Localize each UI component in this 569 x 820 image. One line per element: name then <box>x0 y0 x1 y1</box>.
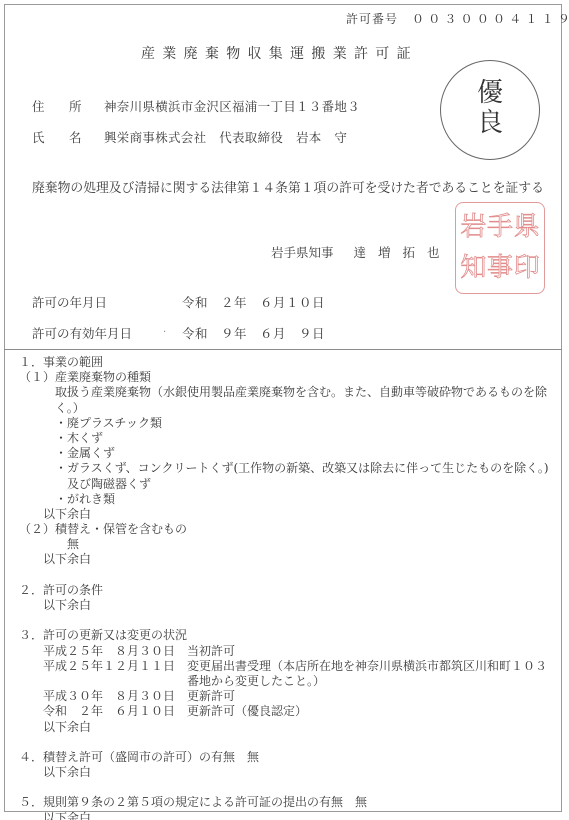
detail-line: ２．許可の条件 <box>19 583 549 598</box>
stray-dot: · <box>163 327 166 338</box>
name-label: 氏 名 <box>32 128 88 146</box>
detail-line: 以下余白 <box>19 598 549 613</box>
detail-line: （１）産業廃棄物の種類 <box>19 370 549 385</box>
detail-line: ・廃プラスチック類 <box>19 416 549 431</box>
stamp-char: 県 <box>513 207 540 248</box>
certification-statement: 廃棄物の処理及び清掃に関する法律第１４条第１項の許可を受けた者であることを証する <box>32 177 544 196</box>
stamp-char: 印 <box>513 248 540 289</box>
permit-number-label: 許可番号 <box>346 12 398 26</box>
detail-line: ・金属くず <box>19 446 549 461</box>
address-value: 神奈川県横浜市金沢区福浦一丁目１３番地３ <box>104 97 360 115</box>
issuer-title: 岩手県知事 <box>271 245 334 260</box>
detail-line: く。） <box>19 401 549 416</box>
stamp-char: 事 <box>487 248 514 289</box>
detail-line: 以下余白 <box>19 552 549 567</box>
excellence-char-1: 優 <box>441 79 539 107</box>
detail-line <box>19 780 549 795</box>
detail-line <box>19 735 549 750</box>
detail-line: 無 <box>19 537 549 552</box>
valid-until-value: 令和 ９年 ６月 ９日 <box>182 324 325 342</box>
detail-line: ３．許可の更新又は変更の状況 <box>19 628 549 643</box>
detail-line <box>19 568 549 583</box>
permit-details: １．事業の範囲 （１）産業廃棄物の種類 取扱う産業廃棄物（水銀使用製品産業廃棄物… <box>19 355 549 820</box>
detail-line: 及び陶磁器くず <box>19 477 549 492</box>
detail-line <box>19 613 549 628</box>
detail-line: ４．積替え許可（盛岡市の許可）の有無 無 <box>19 750 549 765</box>
excellence-mark: 優 良 <box>440 60 540 160</box>
permit-date-label: 許可の年月日 <box>32 293 107 311</box>
permit-number-value: ００３０００４１１９０ <box>412 12 569 26</box>
stamp-char: 手 <box>487 207 514 248</box>
detail-line: ・がれき類 <box>19 492 549 507</box>
detail-line: 以下余白 <box>19 811 549 820</box>
excellence-char-2: 良 <box>441 109 539 137</box>
detail-line: １．事業の範囲 <box>19 355 549 370</box>
detail-line: 平成２５年１２月１１日 変更届出書受理（本店所在地を神奈川県横浜市都筑区川和町１… <box>19 659 549 674</box>
detail-line: 平成３０年 ８月３０日 更新許可 <box>19 689 549 704</box>
address-label: 住 所 <box>32 97 88 115</box>
detail-line: 令和 ２年 ６月１０日 更新許可（優良認定） <box>19 704 549 719</box>
permit-date-value: 令和 ２年 ６月１０日 <box>182 293 325 311</box>
section-divider <box>4 349 562 350</box>
official-seal-stamp-icon: 県 手 岩 印 事 知 <box>455 202 545 294</box>
detail-line: 平成２５年 ８月３０日 当初許可 <box>19 644 549 659</box>
issuer-name: 達増拓也 <box>354 245 452 260</box>
document-title: 産業廃棄物収集運搬業許可証 <box>141 43 418 63</box>
permit-number: 許可番号００３０００４１１９０ <box>346 10 569 27</box>
detail-line: 取扱う産業廃棄物（水銀使用製品産業廃棄物を含む。また、自動車等破砕物であるものを… <box>19 385 549 400</box>
detail-line: （２）積替え・保管を含むもの <box>19 522 549 537</box>
name-value: 興栄商事株式会社 代表取締役 岩本 守 <box>104 128 347 146</box>
detail-line: 以下余白 <box>19 765 549 780</box>
issuer-line: 岩手県知事達増拓也 <box>271 243 452 261</box>
detail-line: 以下余白 <box>19 720 549 735</box>
stamp-char: 知 <box>460 248 487 289</box>
detail-line: 以下余白 <box>19 507 549 522</box>
detail-line: 番地から変更したこと。） <box>19 674 549 689</box>
detail-line: ・ガラスくず、コンクリートくず(工作物の新築、改築又は除去に伴って生じたものを除… <box>19 461 549 476</box>
detail-line: ５．規則第９条の２第５項の規定による許可証の提出の有無 無 <box>19 795 549 810</box>
detail-line: ・木くず <box>19 431 549 446</box>
valid-until-label: 許可の有効年月日 <box>32 324 132 342</box>
stamp-char: 岩 <box>460 207 487 248</box>
